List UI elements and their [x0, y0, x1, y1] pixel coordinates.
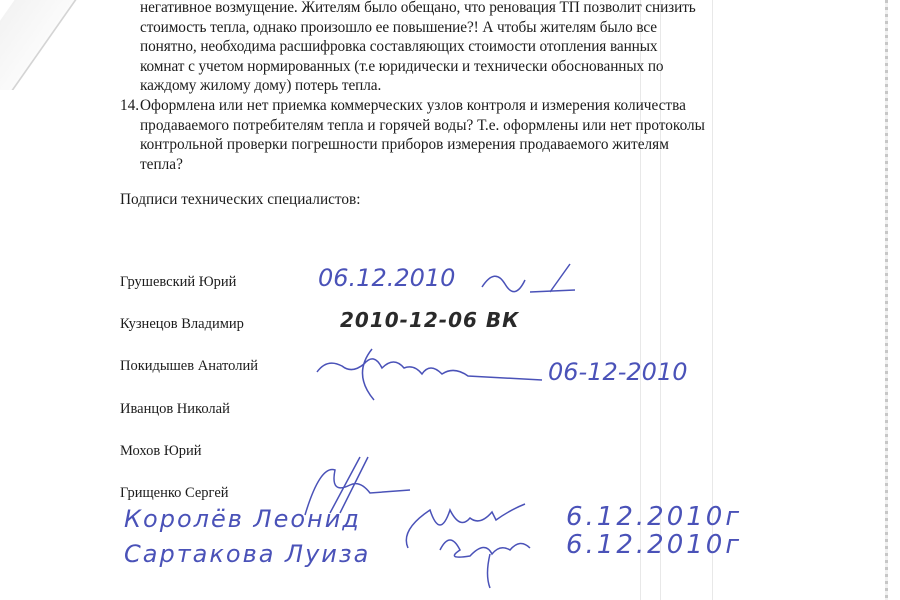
text-line: тепла?: [140, 155, 705, 175]
signer-name: Иванцов Николай: [120, 401, 230, 418]
page-fold-corner: [0, 0, 91, 90]
signature-scribble-icon: [430, 520, 550, 590]
handwritten-name: Сартакова Луиза: [124, 540, 370, 568]
text-line: Оформлена или нет приемка коммерческих у…: [140, 96, 705, 116]
signer-name: Кузнецов Владимир: [120, 316, 244, 333]
text-line: негативное возмущение. Жителям было обещ…: [140, 0, 800, 18]
handwritten-name: Королёв Леонид: [124, 505, 361, 533]
text-line: комнат с учетом нормированных (т.е юриди…: [140, 57, 800, 77]
text-line: стоимость тепла, однако произошло ее пов…: [140, 18, 800, 38]
handwritten-date: 2010-12-06 ВК: [340, 308, 519, 332]
handwritten-date: 6.12.2010г: [566, 530, 742, 560]
handwritten-date: 06-12-2010: [548, 358, 687, 386]
handwritten-date: 06.12.2010: [318, 264, 455, 292]
text-line: контрольной проверки погрешности приборо…: [140, 135, 705, 155]
signer-name: Покидышев Анатолий: [120, 358, 258, 375]
item-number: 14.: [120, 96, 139, 116]
text-line: понятно, необходима расшифровка составля…: [140, 37, 800, 57]
paragraph-continuation: негативное возмущение. Жителям было обещ…: [140, 0, 800, 96]
signer-name: Грушевский Юрий: [120, 274, 236, 291]
signature-scribble-icon: [312, 344, 542, 404]
handwritten-date: 6.12.2010г: [566, 502, 742, 532]
signer-name: Мохов Юрий: [120, 443, 202, 460]
scan-edge-noise: [885, 0, 888, 600]
text-line: каждому жилому дому) потерь тепла.: [140, 76, 800, 96]
text-line: продаваемого потребителям тепла и горяче…: [140, 116, 705, 136]
scanned-document-page: негативное возмущение. Жителям было обещ…: [0, 0, 900, 600]
signer-name: Грищенко Сергей: [120, 485, 229, 502]
signatures-heading: Подписи технических специалистов:: [120, 191, 361, 209]
signature-scribble-icon: [480, 262, 580, 302]
